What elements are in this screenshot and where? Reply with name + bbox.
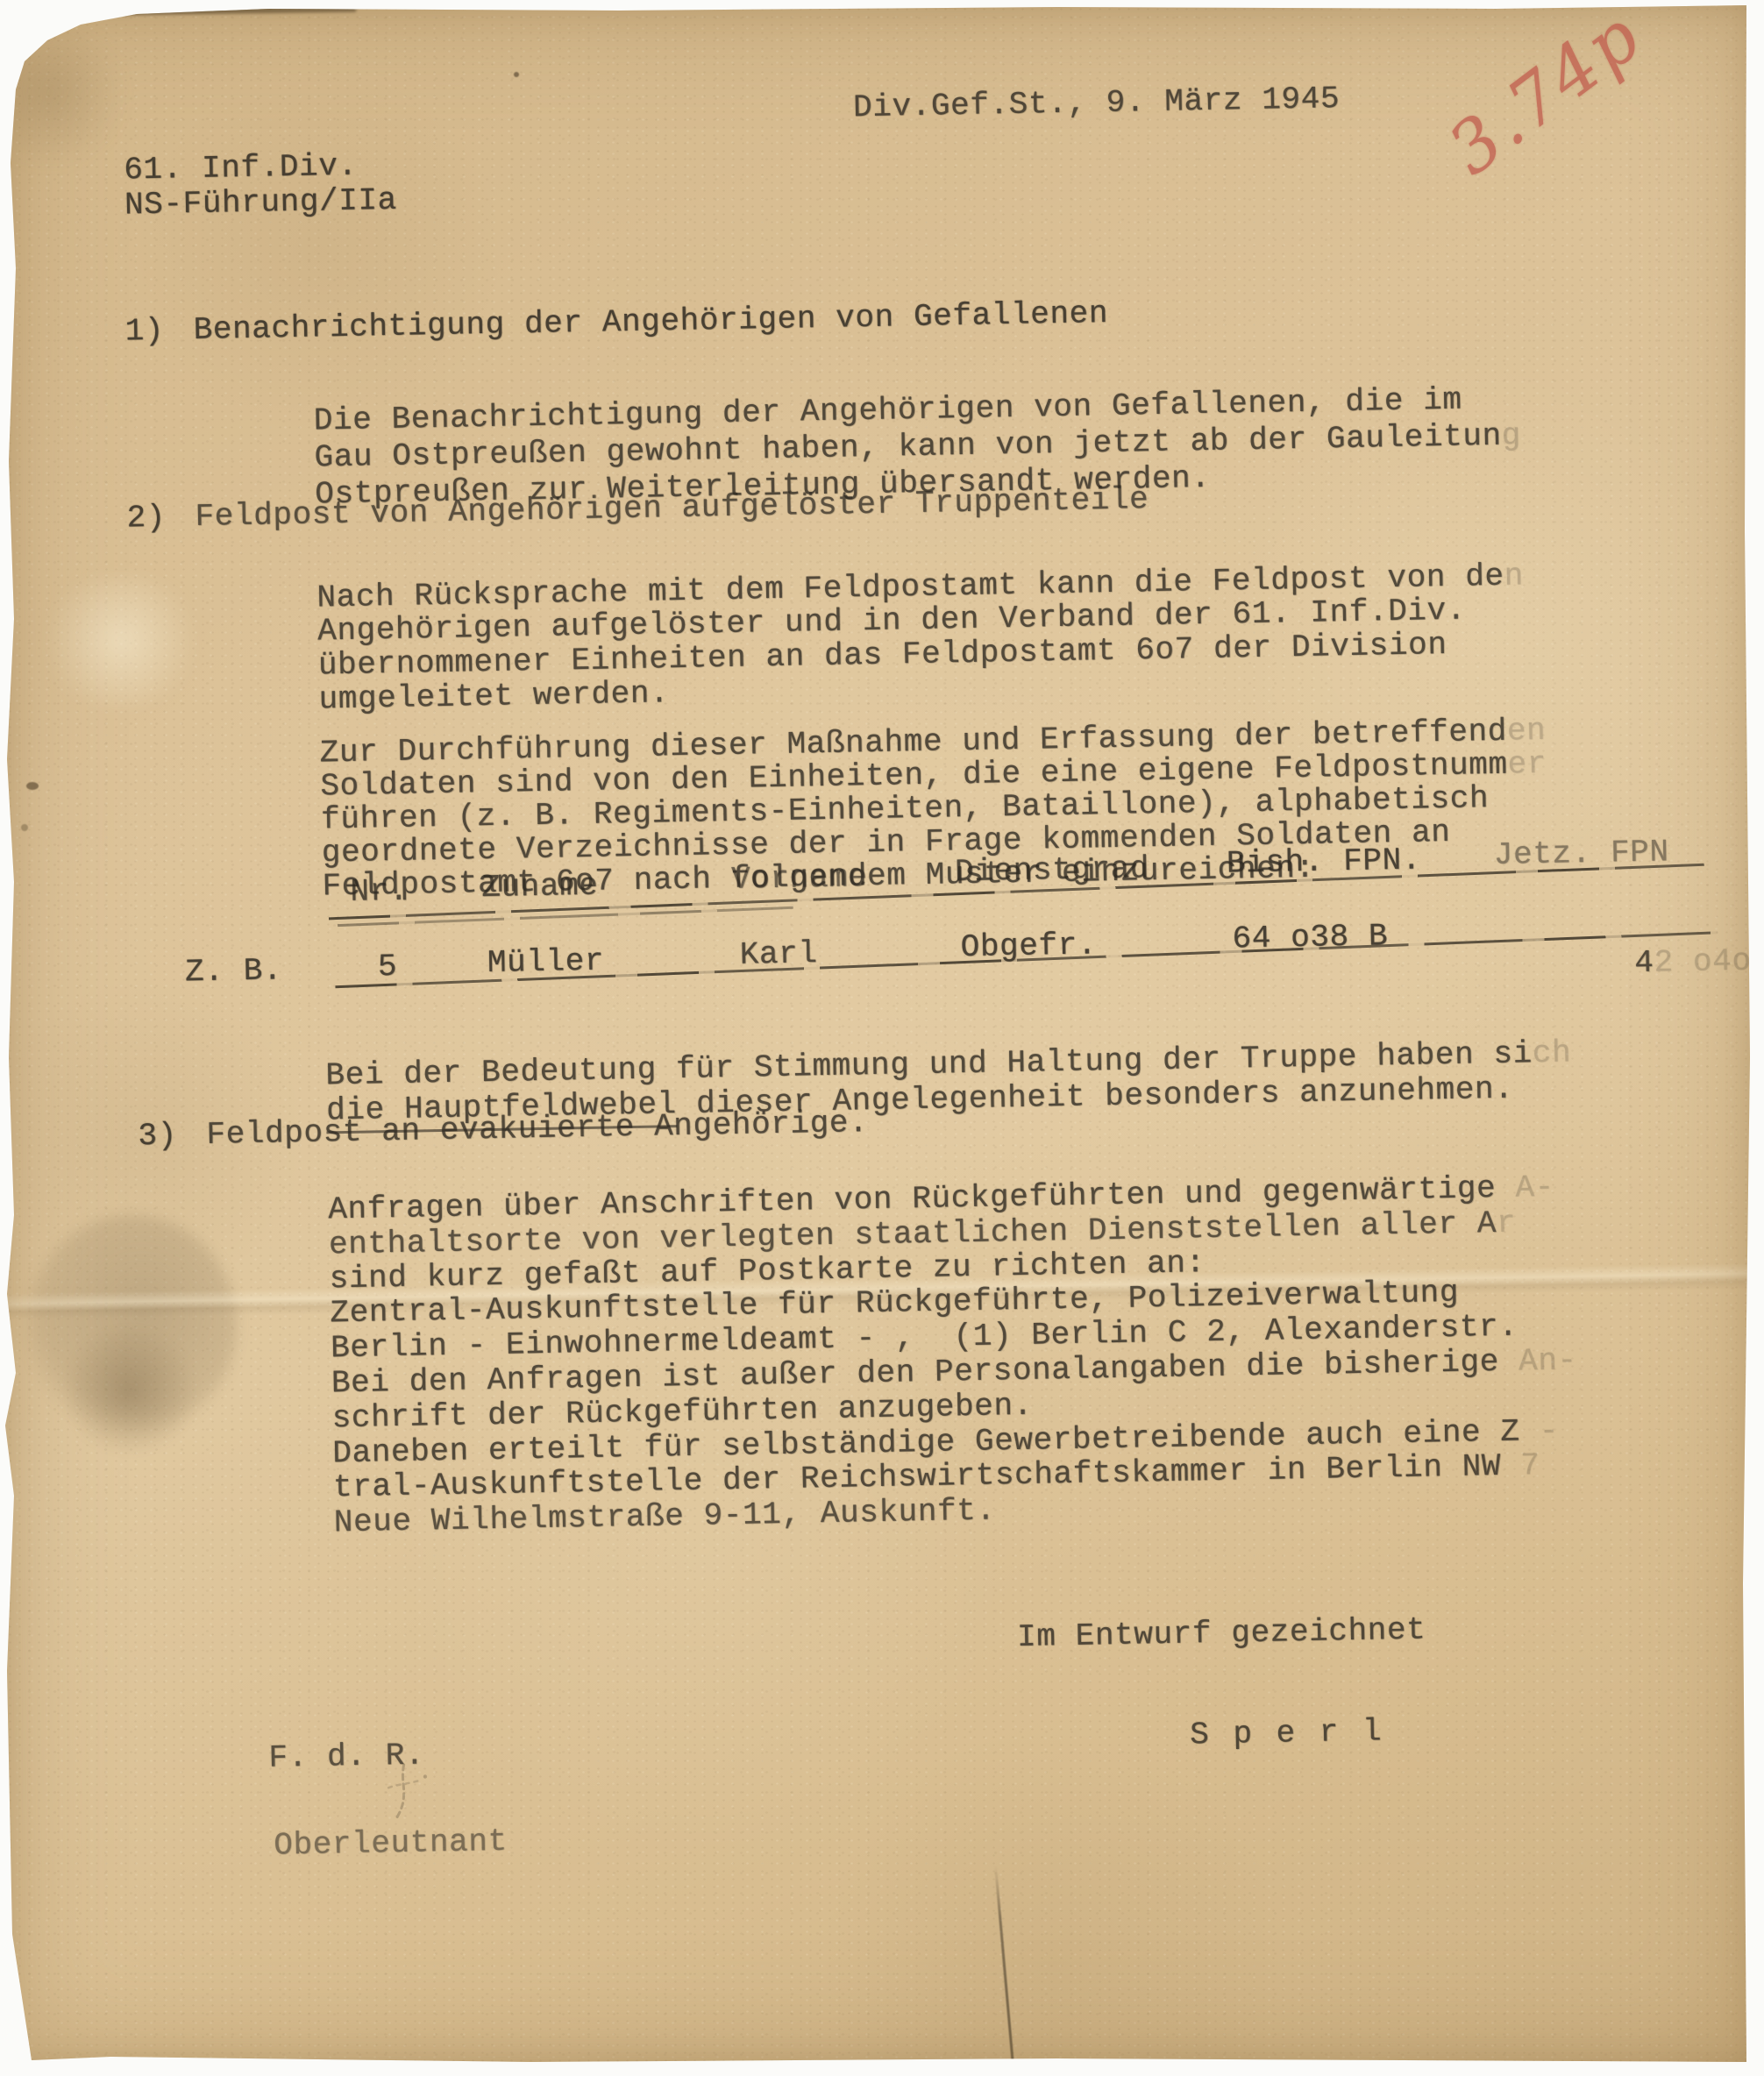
- table-header-nr: Nr.: [350, 874, 409, 910]
- section-3-number: 3): [138, 1119, 177, 1155]
- faded-line-text: 7: [1501, 1447, 1540, 1484]
- faded-line-text: er: [1507, 746, 1547, 783]
- table-header-vorname: Vorname: [731, 860, 868, 898]
- text-line: Neue Wilhelmstraße 9-11, Auskunft.: [217, 1459, 997, 1578]
- faded-line-text: 2 o4o: [1654, 943, 1752, 981]
- line-text: 4: [1634, 945, 1654, 981]
- signature-scribble: [371, 1760, 451, 1824]
- faded-line-text: ch: [1533, 1034, 1572, 1071]
- signature-typed: S p e r l: [1190, 1714, 1384, 1753]
- document-content: 61. Inf.Div. NS-Führung/IIa Div.Gef.St.,…: [0, 0, 1764, 2066]
- office-designation-line1: 61. Inf.Div.: [124, 149, 358, 188]
- table-cell-nr: 5: [378, 949, 398, 985]
- section-1-number: 1): [124, 314, 164, 350]
- faded-line-text: An-: [1499, 1342, 1578, 1380]
- faded-line-text: n: [1504, 558, 1524, 594]
- dateline: Div.Gef.St., 9. März 1945: [853, 82, 1341, 125]
- office-designation-line2: NS-Führung/IIa: [124, 183, 398, 224]
- faded-line-text: r: [1497, 1205, 1517, 1241]
- section-2-number: 2): [126, 501, 166, 537]
- table-example-label: Z. B.: [185, 953, 283, 990]
- table-header-zuname: Zuname: [481, 869, 599, 906]
- draft-note: Im Entwurf gezeichnet: [1017, 1613, 1426, 1656]
- document-paper: 61. Inf.Div. NS-Führung/IIa Div.Gef.St.,…: [5, 5, 1752, 2064]
- red-pencil-annotation: 3.74p: [1433, 0, 1657, 190]
- scanned-document-page: { "colors": {"paper":"#d9bf94","ink":"#2…: [0, 0, 1764, 2076]
- table-header-dienstgrad: Dienstgrad: [955, 851, 1150, 890]
- section-1-title: Benachrichtigung der Angehörigen von Gef…: [193, 296, 1108, 348]
- faded-line-text: g: [1501, 417, 1521, 453]
- line-text: Neue Wilhelmstraße 9-11, Auskunft.: [333, 1493, 996, 1541]
- signer-rank: Oberleutnant: [274, 1824, 508, 1864]
